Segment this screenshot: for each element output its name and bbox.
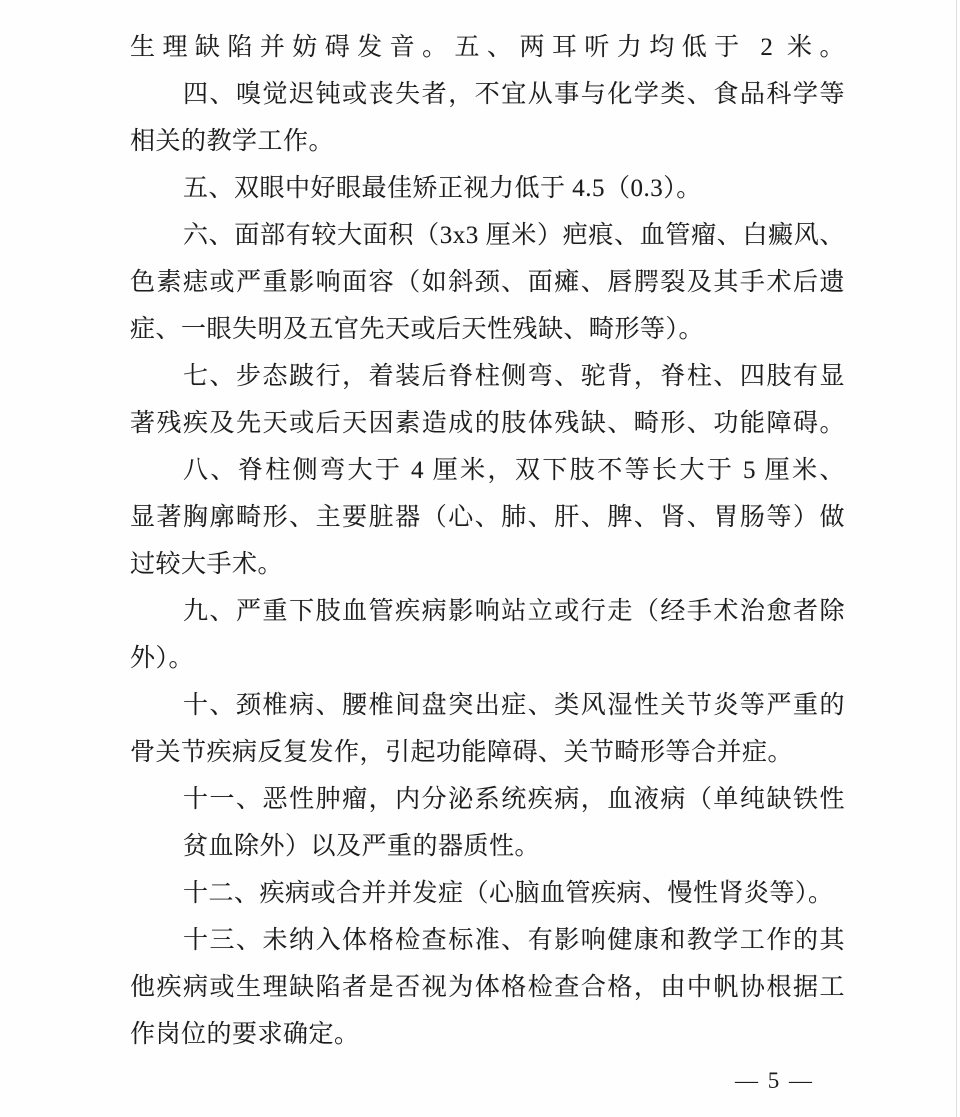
document-page: 生理缺陷并妨碍发音。五、两耳听力均低于 2 米。四、嗅觉迟钝或丧失者，不宜从事与… [0, 0, 960, 1117]
text-line: 骨关节疾病反复发作，引起功能障碍、关节畸形等合并症。 [130, 729, 845, 776]
text-line: 十、颈椎病、腰椎间盘突出症、类风湿性关节炎等严重的 [130, 682, 845, 729]
page-edge-line [956, 0, 957, 1117]
text-line: 症、一眼失明及五官先天或后天性残缺、畸形等）。 [130, 306, 845, 353]
text-line: 色素痣或严重影响面容（如斜颈、面瘫、唇腭裂及其手术后遗 [130, 259, 845, 306]
text-line: 十三、未纳入体格检查标准、有影响健康和教学工作的其 [130, 917, 845, 964]
text-line: 十一、恶性肿瘤，内分泌系统疾病，血液病（单纯缺铁性 [130, 776, 845, 823]
text-line: 过较大手术。 [130, 541, 845, 588]
text-line: 生理缺陷并妨碍发音。五、两耳听力均低于 2 米。 [130, 24, 845, 71]
text-line: 七、步态跛行，着装后脊柱侧弯、驼背，脊柱、四肢有显 [130, 353, 845, 400]
text-line: 作岗位的要求确定。 [130, 1011, 845, 1058]
text-line: 贫血除外）以及严重的器质性。 [130, 823, 845, 870]
text-line: 相关的教学工作。 [130, 118, 845, 165]
text-lines: 生理缺陷并妨碍发音。五、两耳听力均低于 2 米。四、嗅觉迟钝或丧失者，不宜从事与… [130, 24, 845, 1058]
text-line: 五、双眼中好眼最佳矫正视力低于 4.5（0.3）。 [130, 165, 845, 212]
text-line: 八、脊柱侧弯大于 4 厘米，双下肢不等长大于 5 厘米、 [130, 447, 845, 494]
text-line: 著残疾及先天或后天因素造成的肢体残缺、畸形、功能障碍。 [130, 400, 845, 447]
text-line: 六、面部有较大面积（3x3 厘米）疤痕、血管瘤、白癜风、 [130, 212, 845, 259]
text-line: 他疾病或生理缺陷者是否视为体格检查合格，由中帆协根据工 [130, 964, 845, 1011]
text-line: 显著胸廓畸形、主要脏器（心、肺、肝、脾、肾、胃肠等）做 [130, 494, 845, 541]
text-line: 十二、疾病或合并并发症（心脑血管疾病、慢性肾炎等）。 [130, 870, 845, 917]
text-line: 四、嗅觉迟钝或丧失者，不宜从事与化学类、食品科学等 [130, 71, 845, 118]
page-number: — 5 — [0, 1066, 960, 1096]
text-line: 九、严重下肢血管疾病影响站立或行走（经手术治愈者除 [130, 588, 845, 635]
text-line: 外）。 [130, 635, 845, 682]
